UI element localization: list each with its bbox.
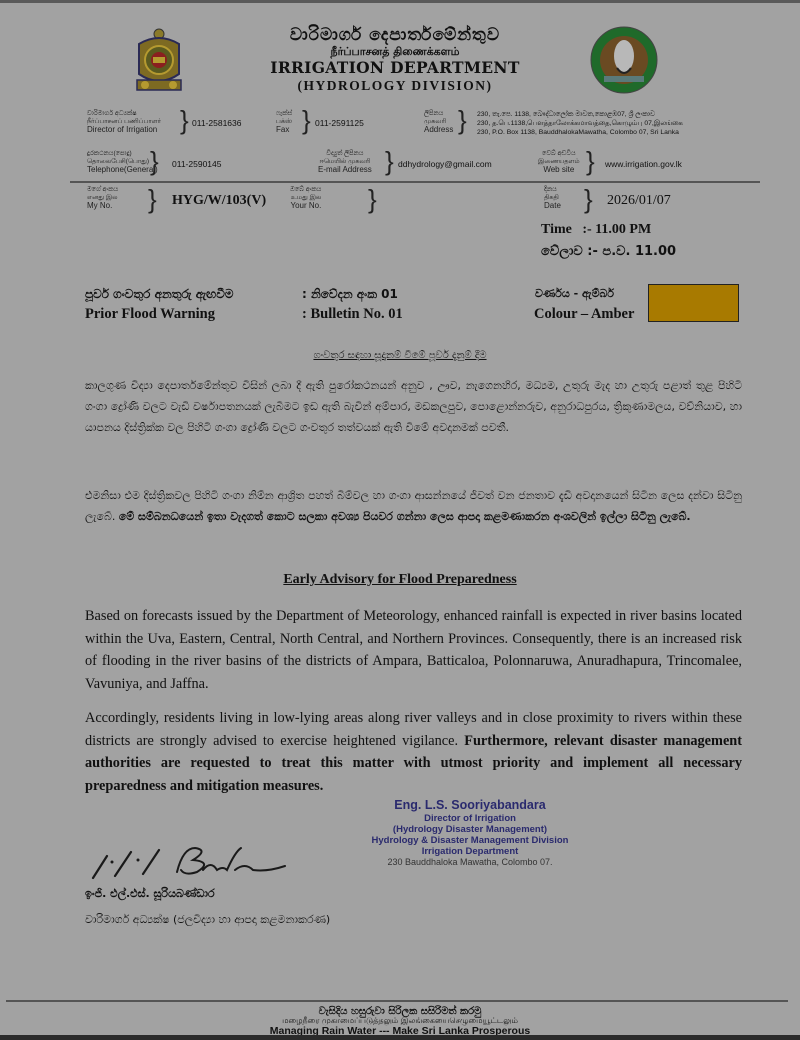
- bulletin-english: : Bulletin No. 01: [302, 306, 403, 323]
- department-name-english: IRRIGATION DEPARTMENT: [250, 60, 540, 76]
- brace: }: [368, 186, 377, 212]
- my-reference-number: HYG/W/103(V): [172, 193, 266, 209]
- address-label: ලිපිනය முகவரி Address: [424, 110, 453, 134]
- brace: }: [385, 148, 394, 174]
- your-no-label: ඔබේ අංකය உமது இல Your No.: [290, 186, 321, 210]
- brace: }: [148, 186, 157, 212]
- website-label: වෙබ් අඩවිය இணையதளம் Web site: [538, 150, 580, 174]
- warning-title-sinhala: පූර්ව ගංවතුර අනතුරු ඇඟවීම: [85, 287, 233, 302]
- address-lines: 230, තැ.පෙ. 1138, බෞද්ධාලෝක මාවත,කොළඹ07,…: [477, 110, 683, 137]
- sri-lanka-emblem-icon: [133, 28, 185, 94]
- time-sinhala: වේලාව :- ප.ව. 11.00: [541, 243, 676, 259]
- brace: }: [180, 107, 189, 133]
- brace: }: [584, 186, 593, 212]
- signatory-title-sinhala: වාරිමාර්ග අධ්‍යක්ෂ (ජලවිද්‍යා හා ආපදා කළ…: [85, 913, 330, 927]
- english-paragraph-2: Accordingly, residents living in low-lyi…: [85, 707, 742, 797]
- time-english: Time :- 11.00 PM: [541, 222, 651, 238]
- colour-label-english: Colour – Amber: [534, 306, 634, 323]
- director-phone: 011-2581636: [192, 118, 241, 128]
- brace: }: [302, 107, 311, 133]
- department-name-tamil: நீர்ப்பாசனத் திணைக்களம்: [250, 46, 540, 57]
- telephone-number: 011-2590145: [172, 159, 221, 169]
- my-no-label: මගේ අංකය எனது இல My No.: [87, 186, 118, 210]
- colour-label-sinhala: වර්ණය - ඇම්බර්: [535, 287, 614, 301]
- top-border: [0, 0, 800, 3]
- signatory-name-sinhala: ඉංජි. එල්.එස්. සූරියබණ්ඩාර: [85, 887, 215, 901]
- brace: }: [586, 148, 595, 174]
- document-date: 2026/01/07: [607, 193, 671, 209]
- email-label: විද්‍යුත් ලිපිනය ஈமெயில் முகவரி E-mail A…: [318, 150, 372, 174]
- warning-title-english: Prior Flood Warning: [85, 306, 215, 323]
- telephone-label: දුරකථනය(පොදු) தொலைபேசி(பொது) Telephone(G…: [87, 150, 158, 174]
- sinhala-paragraph-2: එමනිසා එම දිස්ත්‍රිකවල පිහිටි ගංගා නිම්න…: [85, 485, 742, 527]
- bottom-border: [0, 1035, 800, 1040]
- official-stamp: Eng. L.S. Sooriyabandara Director of Irr…: [340, 798, 600, 868]
- department-header: වාරිමාර්ග දෙපාර්තමේන්තුව நீர்ப்பாசனத் தி…: [250, 27, 540, 92]
- date-label: දිනය திகதி Date: [544, 186, 561, 210]
- sinhala-advisory-heading: ගංවතුර සඳහා සූදානම් වීමේ පූර්ව දැනුම් දී…: [0, 350, 800, 361]
- bulletin-sinhala: : නිවේදන අංක 01: [302, 287, 398, 302]
- director-label: වාරිමාර්ග අධ්‍යක්ෂ நீர்ப்பாசனப் பணிப்பாள…: [87, 110, 161, 134]
- amber-colour-swatch: [648, 284, 739, 322]
- fax-number: 011-2591125: [315, 118, 364, 128]
- footer-divider: [6, 1000, 788, 1002]
- brace: }: [150, 148, 159, 174]
- brace: }: [458, 107, 467, 133]
- irrigation-department-logo-icon: [590, 26, 658, 94]
- department-name-sinhala: වාරිමාර්ග දෙපාර්තමේන්තුව: [250, 27, 540, 44]
- english-paragraph-1: Based on forecasts issued by the Departm…: [85, 605, 742, 695]
- header-divider: [70, 181, 760, 183]
- division-name: (HYDROLOGY DIVISION): [250, 79, 540, 93]
- fax-label: ෆැක්ස් பக்ஸ் Fax: [276, 110, 292, 134]
- email-address[interactable]: ddhydrology@gmail.com: [398, 159, 492, 169]
- handwritten-signature-icon: [85, 842, 315, 882]
- english-advisory-heading: Early Advisory for Flood Preparedness: [0, 572, 800, 588]
- sinhala-paragraph-1: කාලගුණ විද්‍යා දෙපාර්තමේන්තුව විසින් ලබා…: [85, 375, 742, 438]
- website-url[interactable]: www.irrigation.gov.lk: [605, 159, 682, 169]
